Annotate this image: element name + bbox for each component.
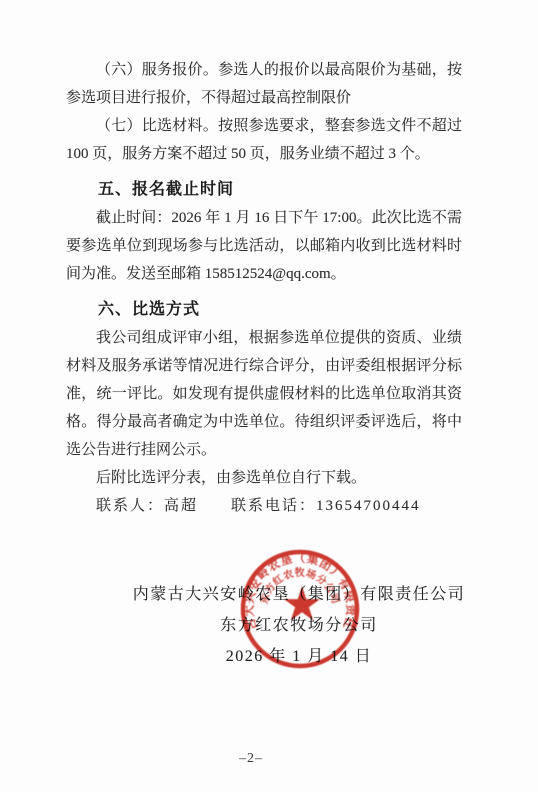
attachment-note-paragraph: 后附比选评分表，由参选单位自行下载。 xyxy=(66,464,462,492)
clause-7-paragraph: （七）比选材料。按照参选要求，整套参选文件不超过 100 页，服务方案不超过 5… xyxy=(66,112,462,168)
clause-6-paragraph: （六）服务报价。参选人的报价以最高限价为基础，按参选项目进行报价，不得超过最高控… xyxy=(66,56,462,112)
contact-person-label: 联系人： xyxy=(96,498,164,514)
deadline-paragraph: 截止时间：2026 年 1 月 16 日下午 17:00。此次比选不需要参选单位… xyxy=(66,204,462,288)
evaluation-paragraph: 我公司组成评审小组，根据参选单位提供的资质、业绩材料及服务承诺等情况进行综合评分… xyxy=(66,324,462,464)
document-page: （六）服务报价。参选人的报价以最高限价为基础，按参选项目进行报价，不得超过最高控… xyxy=(0,0,538,792)
contact-phone-label: 联系电话： xyxy=(231,498,316,514)
document-body: （六）服务报价。参选人的报价以最高限价为基础，按参选项目进行报价，不得超过最高控… xyxy=(66,56,462,520)
contact-person-name: 高超 xyxy=(164,498,198,514)
official-seal: 内蒙古大兴安岭农垦（集团）有限责任公司 东方红农牧场分公司 xyxy=(222,531,378,687)
seal-star-icon xyxy=(284,586,320,620)
contact-phone-number: 13654700444 xyxy=(316,498,421,514)
section-6-heading: 六、比选方式 xyxy=(66,296,462,324)
page-number: –2– xyxy=(0,751,520,767)
contact-line: 联系人：高超联系电话：13654700444 xyxy=(66,492,462,520)
section-5-heading: 五、报名截止时间 xyxy=(66,176,462,204)
